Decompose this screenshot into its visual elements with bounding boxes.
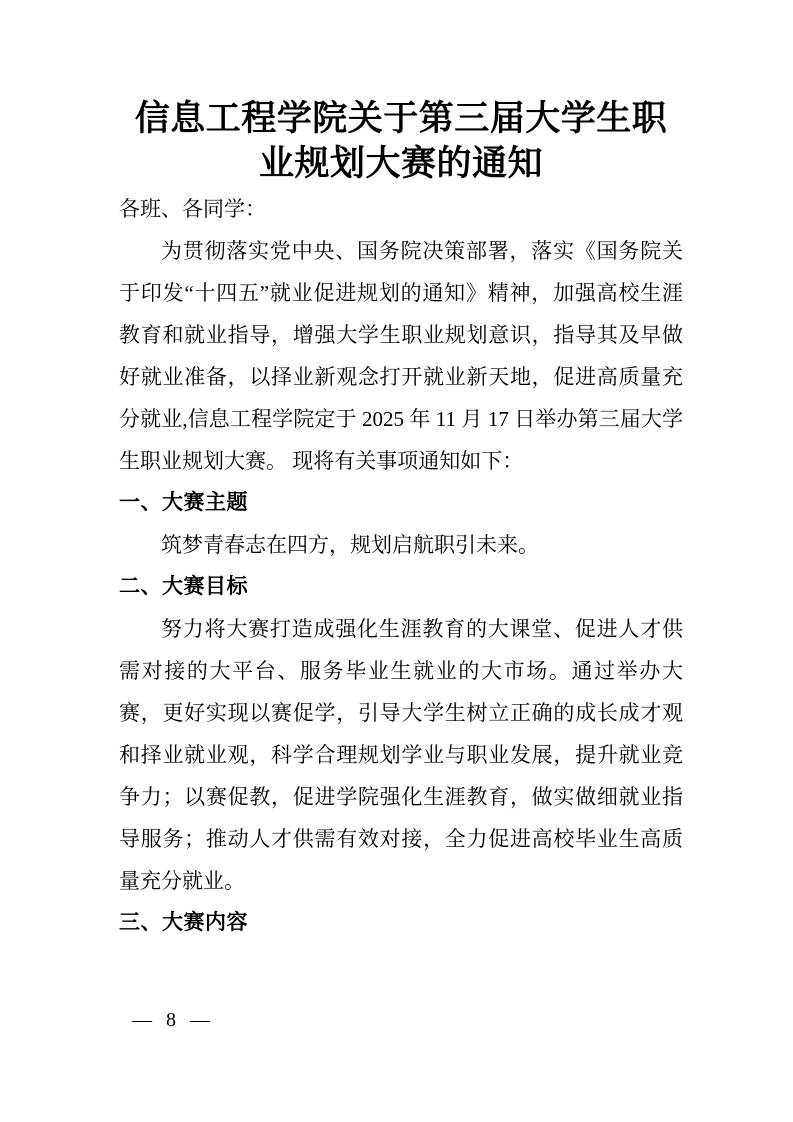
intro-paragraph: 为贯彻落实党中央、国务院决策部署，落实《国务院关于印发“十四五”就业促进规划的通… <box>119 230 683 482</box>
page-number: — 8 — <box>132 1005 210 1035</box>
section-heading-2: 二、大赛目标 <box>119 566 683 608</box>
title-line-1: 信息工程学院关于第三届大学生职 <box>119 96 683 141</box>
section-heading-1: 一、大赛主题 <box>119 482 683 524</box>
section-body-1: 筑梦青春志在四方，规划启航职引未来。 <box>119 524 683 566</box>
notice-content: 信息工程学院关于第三届大学生职 业规划大赛的通知 各班、各同学： 为贯彻落实党中… <box>119 96 683 944</box>
section-body-2: 努力将大赛打造成强化生涯教育的大课堂、促进人才供需对接的大平台、服务毕业生就业的… <box>119 608 683 902</box>
salutation: 各班、各同学： <box>119 188 683 230</box>
document-title: 信息工程学院关于第三届大学生职 业规划大赛的通知 <box>119 96 683 186</box>
title-line-2: 业规划大赛的通知 <box>119 141 683 186</box>
section-heading-3: 三、大赛内容 <box>119 902 683 944</box>
document-page: 信息工程学院关于第三届大学生职 业规划大赛的通知 各班、各同学： 为贯彻落实党中… <box>0 0 793 1122</box>
